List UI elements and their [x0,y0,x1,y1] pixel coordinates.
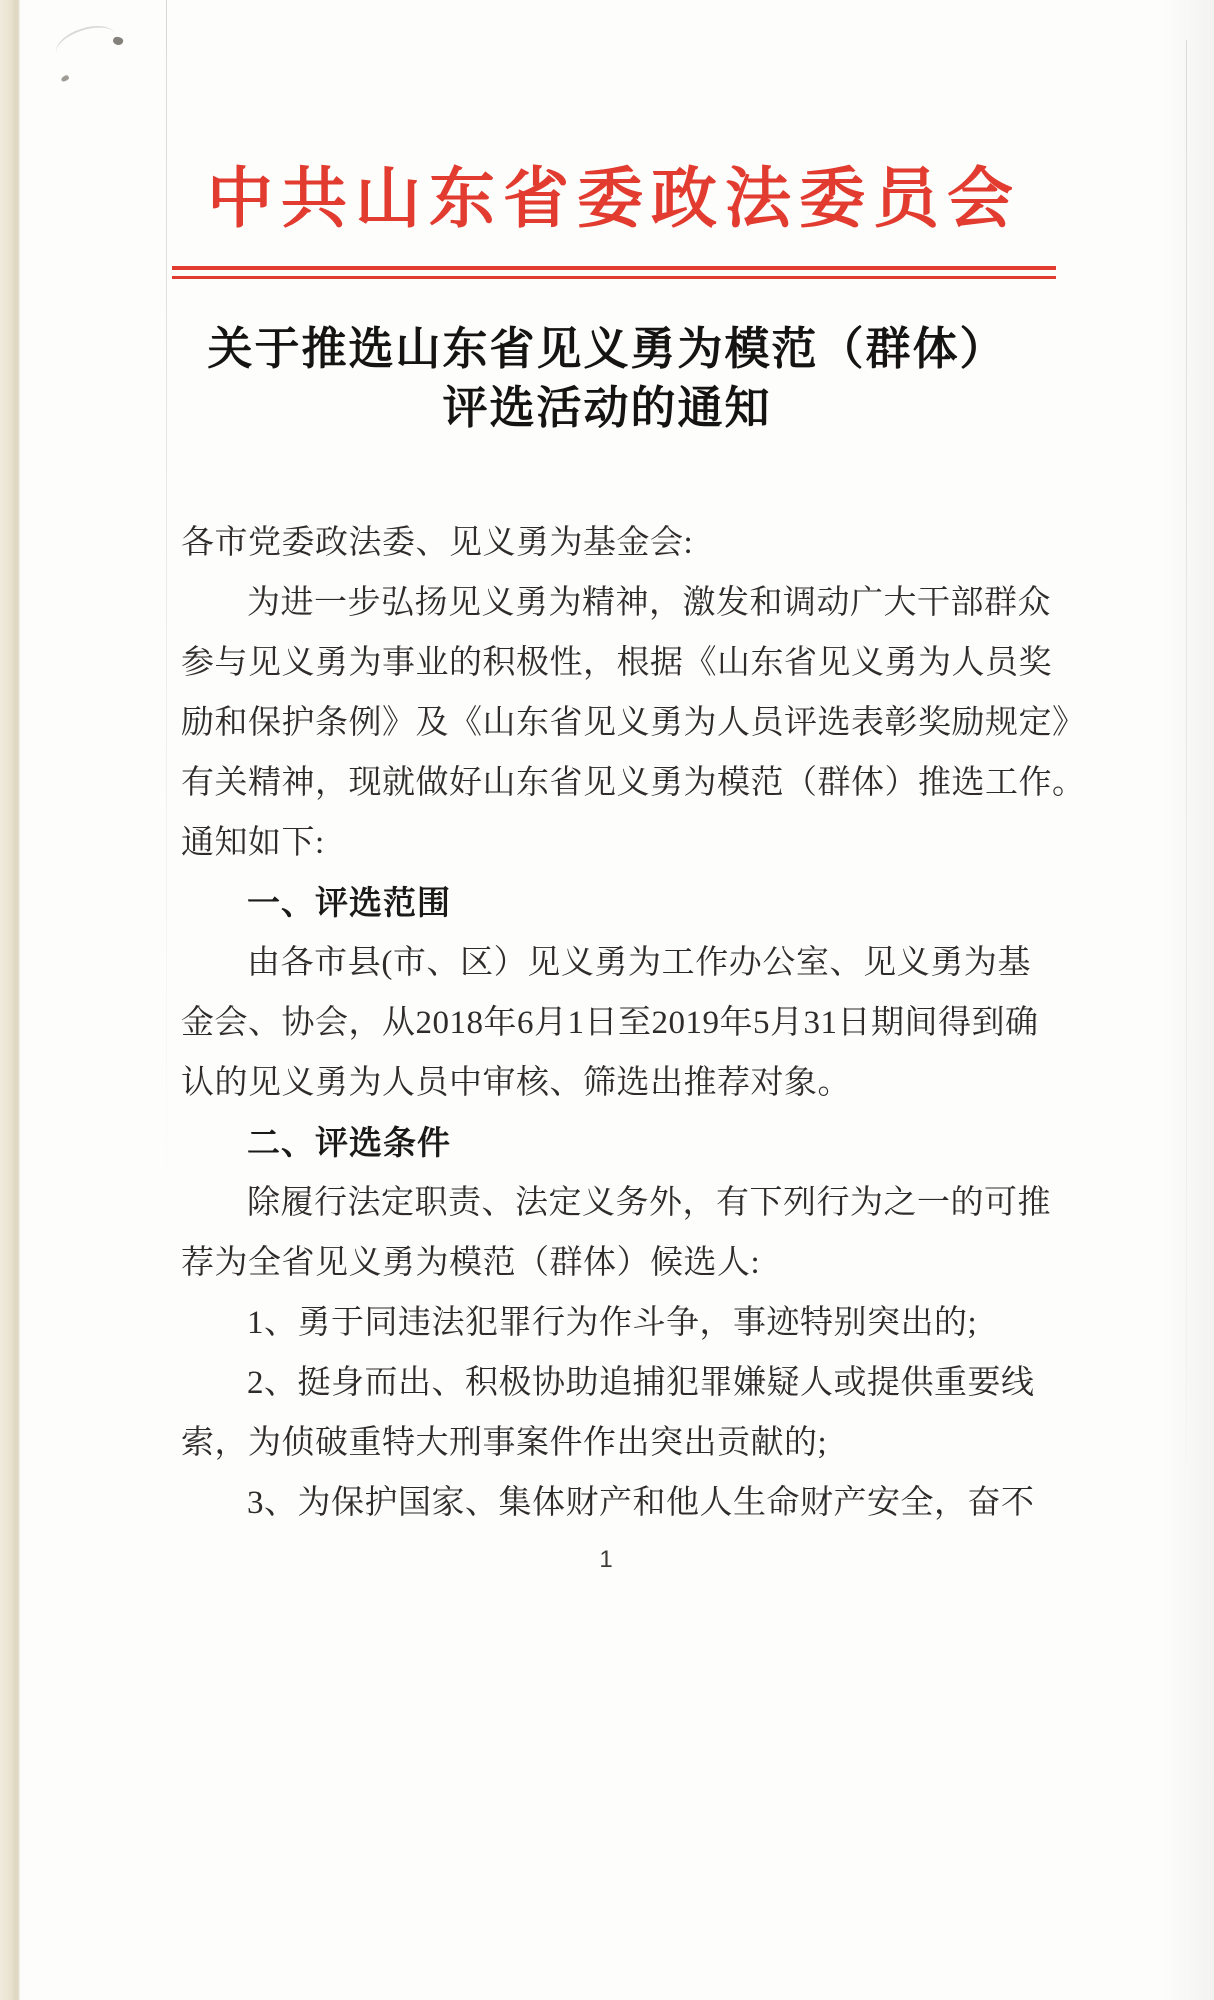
document-title-line-2: 评选活动的通知 [107,379,1107,438]
scan-speck [60,74,69,82]
body-line: 认的见义勇为人员中审核、筛选出推荐对象。 [181,1053,1031,1113]
document-body: 各市党委政法委、见义勇为基金会:为进一步弘扬见义勇为精神，激发和调动广大干部群众… [181,513,1031,1533]
scanned-document-page: 中共山东省委政法委员会 关于推选山东省见义勇为模范（群体） 评选活动的通知 各市… [0,0,1214,2000]
body-line: 各市党委政法委、见义勇为基金会: [181,513,1031,573]
page-number: 1 [181,1546,1031,1574]
scan-right-crease-line [1186,40,1187,1460]
body-line: 有关精神，现就做好山东省见义勇为模范（群体）推选工作。 [181,753,1031,813]
body-line: 二、评选条件 [181,1113,1031,1173]
body-line: 通知如下: [181,813,1031,873]
document-title-line-1: 关于推选山东省见义勇为模范（群体） [107,320,1107,379]
body-line: 为进一步弘扬见义勇为精神，激发和调动广大干部群众 [181,573,1031,633]
body-line: 一、评选范围 [181,873,1031,933]
scan-left-edge-strip [0,0,20,2000]
body-line: 2、挺身而出、积极协助追捕犯罪嫌疑人或提供重要线 [181,1353,1031,1413]
body-line: 励和保护条例》及《山东省见义勇为人员评选表彰奖励规定》 [181,693,1031,753]
body-line: 金会、协会，从2018年6月1日至2019年5月31日期间得到确 [181,993,1031,1053]
body-line: 参与见义勇为事业的积极性，根据《山东省见义勇为人员奖 [181,633,1031,693]
letterhead-divider-rule [172,266,1056,279]
body-line: 索，为侦破重特大刑事案件作出突出贡献的; [181,1413,1031,1473]
letterhead-title: 中共山东省委政法委员会 [172,158,1056,242]
body-line: 除履行法定职责、法定义务外，有下列行为之一的可推 [181,1173,1031,1233]
scan-smudge-mark [52,19,121,69]
body-line: 由各市县(市、区）见义勇为工作办公室、见义勇为基 [181,933,1031,993]
body-line: 1、勇于同违法犯罪行为作斗争，事迹特别突出的; [181,1293,1031,1353]
body-line: 3、为保护国家、集体财产和他人生命财产安全，奋不 [181,1473,1031,1533]
scan-speck [112,35,124,46]
body-line: 荐为全省见义勇为模范（群体）候选人: [181,1233,1031,1293]
document-title: 关于推选山东省见义勇为模范（群体） 评选活动的通知 [107,320,1107,438]
scan-crease-line [166,0,167,1230]
